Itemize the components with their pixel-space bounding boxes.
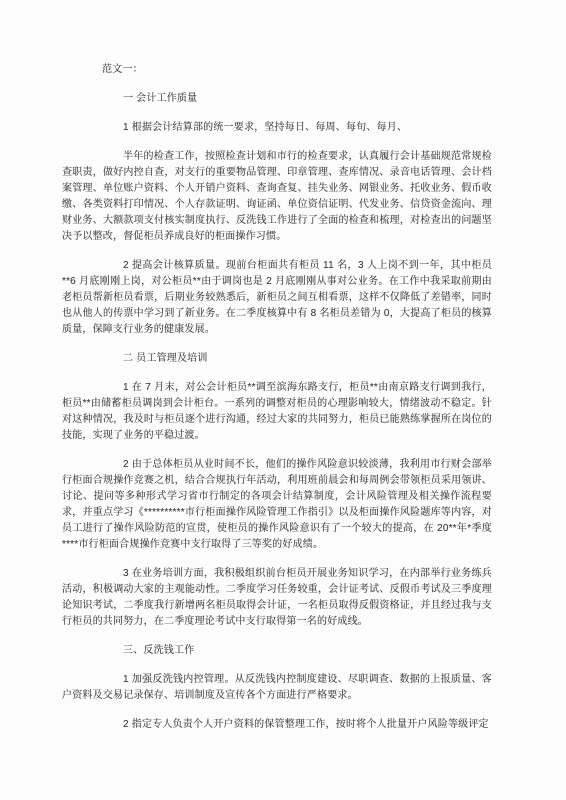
doc-label: 范文一： bbox=[62, 62, 492, 78]
document-page: 范文一： 一 会计工作质量 1 根据会计结算部的统一要求，坚持每日、每周、每旬、… bbox=[0, 0, 566, 800]
paragraph: 2 提高会计核算质量。现前台柜面共有柜员 11 名，3 人上岗不到一年，其中柜员… bbox=[62, 258, 492, 338]
paragraph: 2 由于总体柜员从业时间不长，他们的操作风险意识较淡薄，我利用市行财会部举行柜面… bbox=[62, 457, 492, 553]
paragraph: 1 在 7 月末，对公会计柜员**调至滨海东路支行，柜员**由南京路支行调到我行… bbox=[62, 380, 492, 444]
section-heading-staff-training: 二 员工管理及培训 bbox=[62, 351, 492, 367]
paragraph: 1 根据会计结算部的统一要求，坚持每日、每周、每旬、每月、 bbox=[62, 120, 492, 136]
paragraph: 1 加强反洗钱内控管理。从反洗钱内控制度建设、尽职调查、数据的上报质量、客户资料… bbox=[62, 672, 492, 704]
paragraph: 2 指定专人负责个人开户资料的保管整理工作，按时将个人批量开户风险等级评定 bbox=[62, 717, 492, 733]
section-heading-accounting-quality: 一 会计工作质量 bbox=[62, 91, 492, 107]
paragraph: 半年的检查工作，按照检查计划和市行的检查要求，认真履行会计基础规范常规检查职责，… bbox=[62, 149, 492, 245]
paragraph: 3 在业务培训方面，我积极组织前台柜员开展业务知识学习，在内部举行业务练兵活动，… bbox=[62, 566, 492, 630]
section-heading-anti-money-laundering: 三、反洗钱工作 bbox=[62, 643, 492, 659]
